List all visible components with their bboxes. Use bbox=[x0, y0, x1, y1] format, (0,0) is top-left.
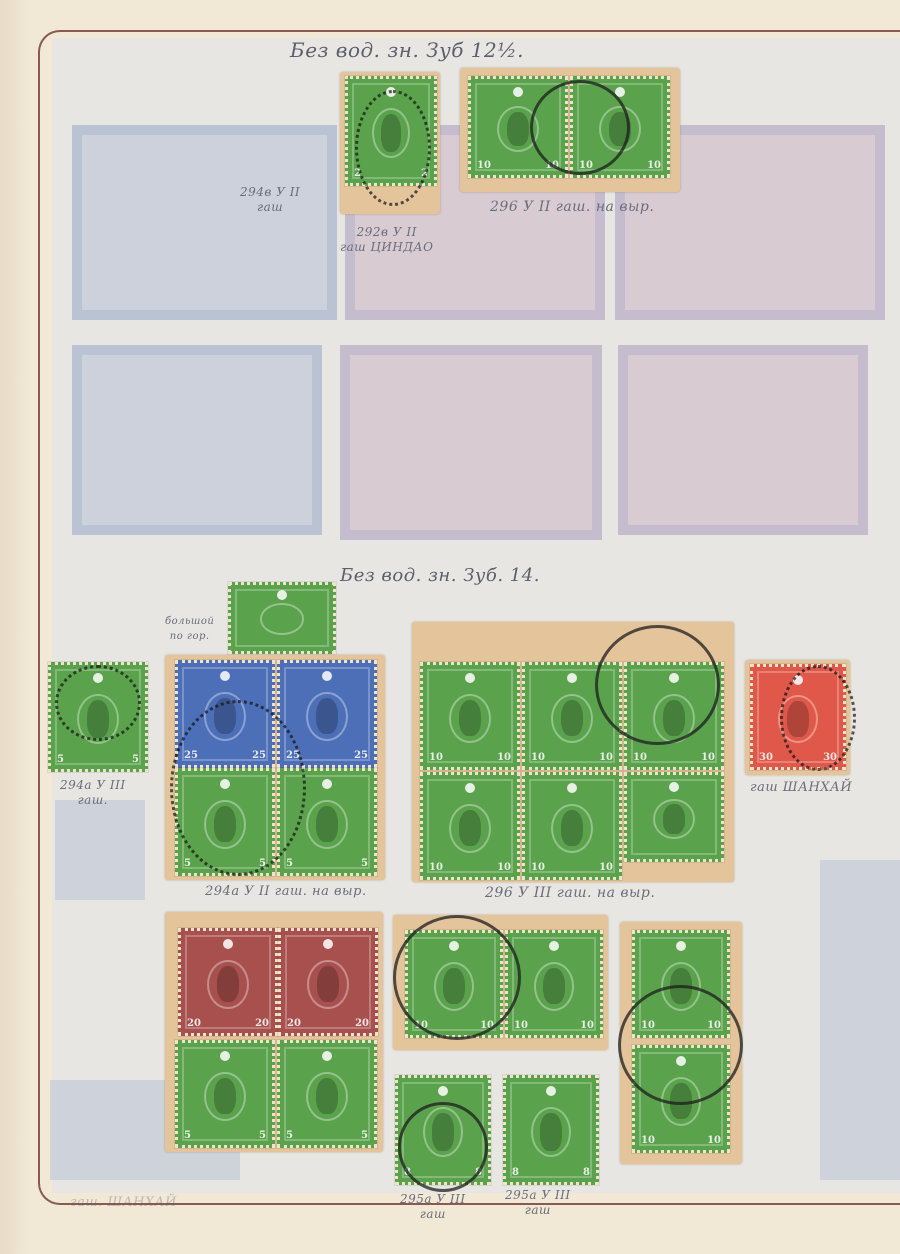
stamp-5-fen bbox=[228, 582, 336, 654]
stamp-10-fen: 1010 bbox=[570, 76, 670, 178]
stamp-10-fen: 1010 bbox=[624, 662, 724, 770]
stamp-5-fen: 55 bbox=[277, 1040, 377, 1148]
stamp-20-fen: 2020 bbox=[278, 928, 378, 1036]
ghost-caption: гаш. ШАНХАЙ bbox=[70, 1195, 177, 1210]
annotation-294a-7: 294а У II гаш. на выр. bbox=[205, 884, 367, 899]
stamp-2-fen: 22 bbox=[345, 76, 437, 186]
section-heading-perf-14: Без вод. зн. Зуб. 14. bbox=[340, 565, 540, 586]
annotation-position: большой по гор. bbox=[165, 614, 214, 644]
stamp-10-fen: 1010 bbox=[420, 772, 520, 880]
stamp-10-fen: 1010 bbox=[632, 930, 730, 1038]
annotation-295a-right: 295а У III гаш bbox=[505, 1188, 571, 1218]
annotation-296: 296 У II гаш. на выр. bbox=[490, 200, 654, 215]
annotation-shanghai: гаш ШАНХАЙ bbox=[750, 780, 852, 795]
annotation-295a-left: 295а У III гаш bbox=[400, 1192, 466, 1222]
section-heading-perf-12-5: Без вод. зн. Зуб 12½. bbox=[290, 38, 524, 62]
stamp-20-fen: 2020 bbox=[178, 928, 278, 1036]
stamp-10-fen: 1010 bbox=[522, 772, 622, 880]
stamp-10-fen: 1010 bbox=[468, 76, 568, 178]
stamp-10-fen: 1010 bbox=[632, 1045, 730, 1153]
stamp-10-fen: 1010 bbox=[420, 662, 520, 770]
stamp-25-fen: 2525 bbox=[277, 660, 377, 768]
stamp-10-fen: 1010 bbox=[522, 662, 622, 770]
stamp-5-fen: 55 bbox=[277, 768, 377, 876]
annotation-294a-8: 294а У III гаш. bbox=[60, 778, 126, 808]
album-spine bbox=[0, 0, 30, 1254]
stamp-5-fen: 55 bbox=[175, 1040, 275, 1148]
annotation-296-8: 296 У III гаш. на выр. bbox=[485, 886, 655, 901]
stamp-8-fen: 88 bbox=[395, 1075, 491, 1185]
stamp-10-fen bbox=[624, 772, 724, 862]
stamp-10-fen: 1010 bbox=[505, 930, 603, 1038]
annotation-292v: 292в У II гаш ЦИНДАО bbox=[340, 225, 433, 255]
stamp-10-fen: 1010 bbox=[405, 930, 503, 1038]
annotation-294v: 294в У II гаш bbox=[240, 185, 300, 215]
stamp-30-fen: 3030 bbox=[750, 664, 846, 770]
stamp-8-fen: 88 bbox=[503, 1075, 599, 1185]
stamp-5-fen: 55 bbox=[48, 662, 148, 772]
stamp-5-fen: 55 bbox=[175, 768, 275, 876]
stamp-25-fen: 2525 bbox=[175, 660, 275, 768]
